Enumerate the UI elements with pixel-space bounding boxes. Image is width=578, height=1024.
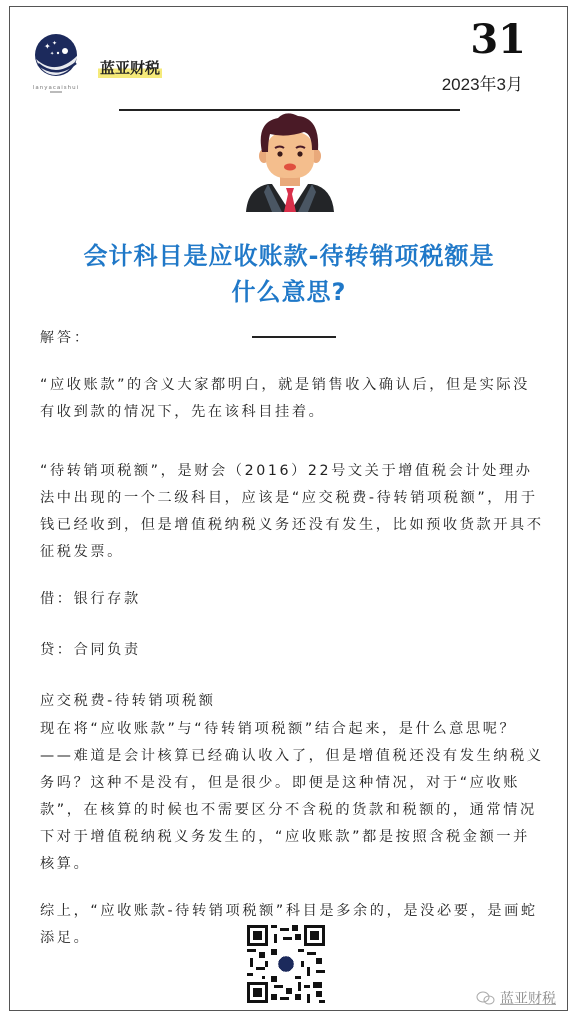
date-day: 31 — [470, 20, 526, 60]
article-title-line-2: 什么意思? — [30, 274, 548, 310]
paragraph-receivables-meaning: “应收账款”的含义大家都明白，就是销售收入确认后，但是实际没有收到款的情况下，先… — [40, 372, 545, 426]
svg-text:lanyacaishui: lanyacaishui — [33, 85, 79, 91]
paragraph-combined-analysis: 现在将“应收账款”与“待转销项税额”结合起来，是什么意思呢？——难道是会计核算已… — [40, 716, 545, 878]
date-month: 2023年3月 — [442, 70, 523, 95]
wechat-watermark: 蓝亚财税 — [476, 988, 556, 1008]
journal-debit-line: 借：银行存款 — [40, 586, 545, 613]
brand-logo: ✦ ✦ ✦ lanyacaishui — [28, 33, 84, 95]
section-divider — [252, 336, 336, 338]
answer-label: 解答： — [40, 327, 91, 347]
businessman-avatar-icon — [242, 112, 338, 212]
wechat-icon — [476, 991, 496, 1005]
brand-name: 蓝亚财税 — [98, 57, 162, 78]
moon-stars-icon: ✦ ✦ ✦ lanyacaishui — [28, 33, 84, 95]
qr-code[interactable] — [247, 925, 325, 1003]
journal-credit-line: 贷：合同负责 — [40, 637, 545, 664]
svg-text:✦: ✦ — [44, 42, 51, 51]
svg-text:✦: ✦ — [52, 40, 57, 47]
watermark-label: 蓝亚财税 — [500, 988, 556, 1008]
article-title-line-1: 会计科目是应收账款-待转销项税额是 — [30, 238, 548, 274]
article-title: 会计科目是应收账款-待转销项税额是 什么意思? — [30, 238, 548, 310]
header-divider — [119, 109, 460, 111]
journal-tax-line: 应交税费-待转销项税额 — [40, 688, 545, 715]
paragraph-pending-output-tax: “待转销项税额”，是财会（2016）22号文关于增值税会计处理办法中出现的一个二… — [40, 458, 545, 566]
svg-text:✦: ✦ — [50, 51, 54, 57]
